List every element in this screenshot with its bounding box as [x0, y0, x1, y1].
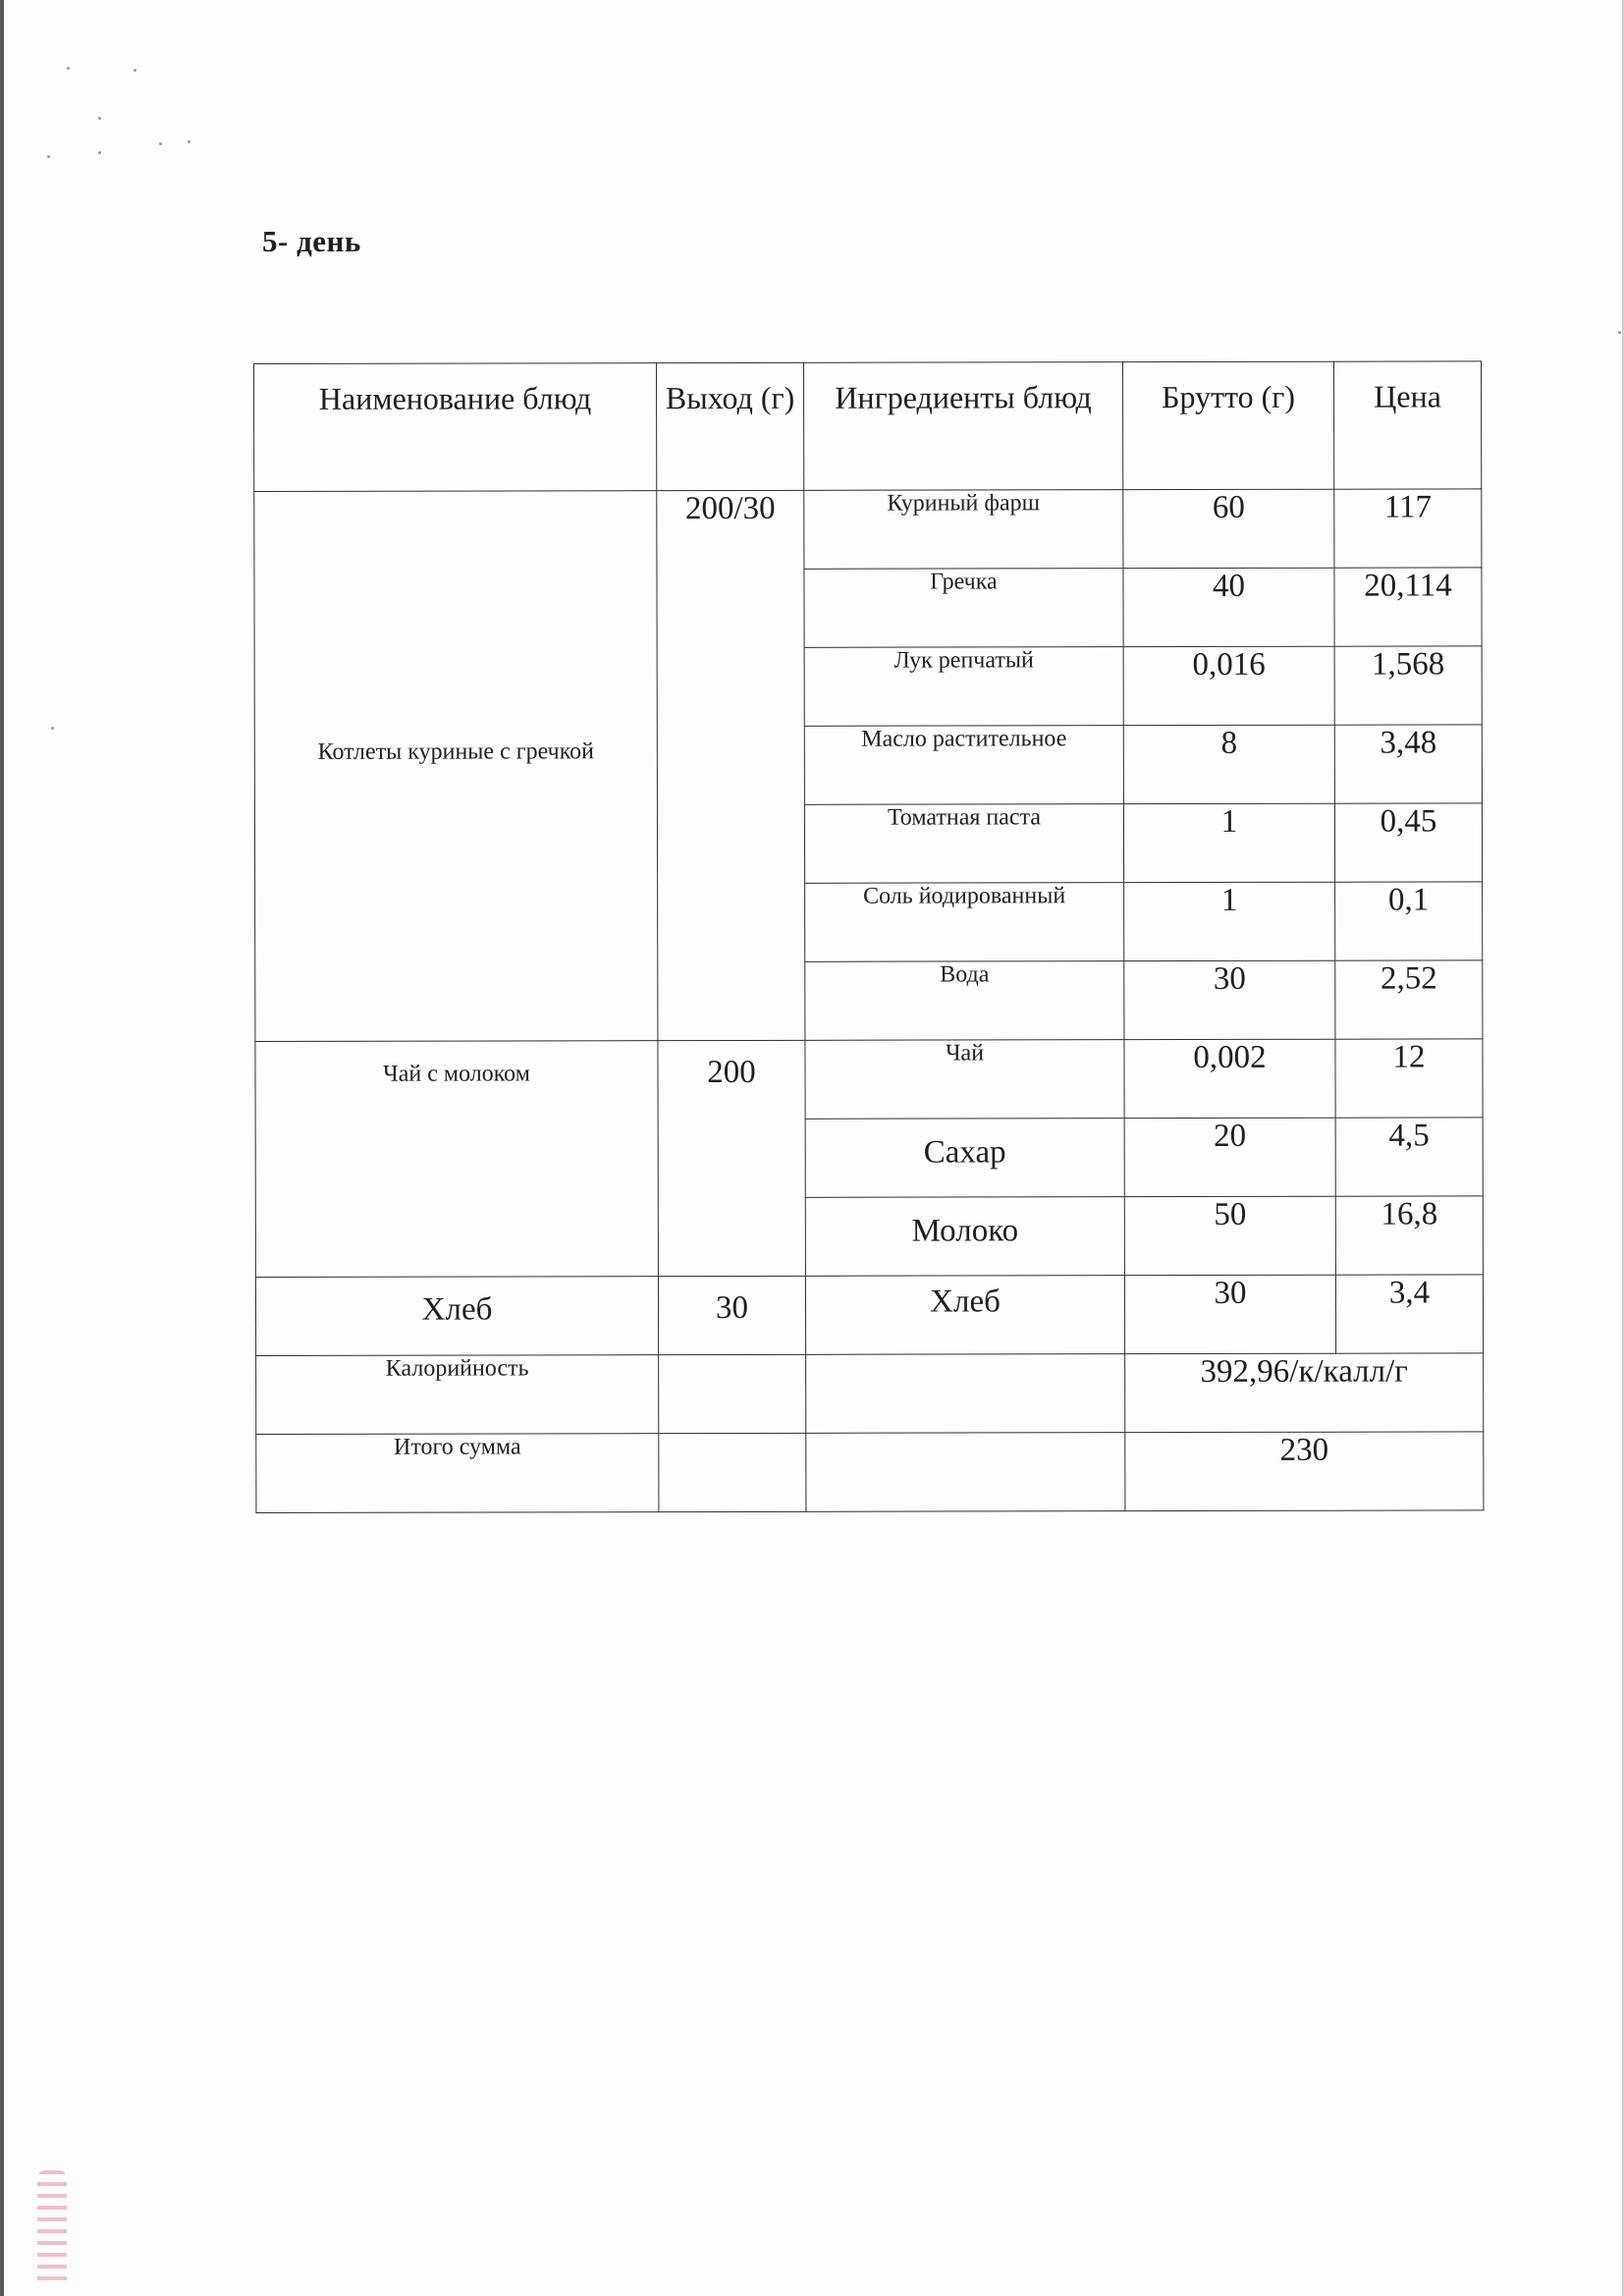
table-body: Котлеты куриные с гречкой 200/30 Куриный… — [254, 489, 1484, 1513]
dish-yield: 200 — [658, 1040, 806, 1276]
table-row: Хлеб 30 Хлеб 30 3,4 — [255, 1275, 1483, 1356]
scan-speck — [1618, 331, 1621, 334]
ingredient-name: Сахар — [805, 1119, 1124, 1198]
calories-label: Калорийность — [256, 1355, 659, 1435]
ingredient-brutto: 0,002 — [1124, 1039, 1335, 1118]
scan-edge-left — [0, 0, 4, 2296]
ingredient-name: Лук репчатый — [804, 647, 1123, 727]
scan-speck — [98, 117, 101, 120]
ingredient-name: Гречка — [804, 569, 1123, 648]
scan-speck — [67, 67, 70, 70]
ingredient-name: Куриный фарш — [804, 490, 1123, 570]
ingredient-brutto: 0,016 — [1123, 646, 1334, 725]
dish-name: Котлеты куриные с гречкой — [254, 491, 658, 1042]
calories-value: 392,96/к/калл/г — [1125, 1353, 1484, 1433]
empty-cell — [659, 1354, 806, 1433]
dish-name: Хлеб — [255, 1277, 658, 1356]
table-header-row: Наименование блюд Выход (г) Ингредиенты … — [254, 361, 1482, 492]
ingredient-price: 20,114 — [1334, 568, 1482, 646]
ingredient-price: 12 — [1335, 1039, 1483, 1118]
ingredient-name: Молоко — [805, 1197, 1124, 1277]
ingredient-brutto: 60 — [1123, 489, 1334, 568]
menu-table: Наименование блюд Выход (г) Ингредиенты … — [253, 360, 1484, 1513]
scan-speck — [98, 151, 101, 154]
ingredient-price: 4,5 — [1335, 1118, 1483, 1196]
ingredient-brutto: 30 — [1124, 960, 1335, 1039]
ingredient-name: Масло растительное — [804, 726, 1123, 805]
ingredient-price: 0,45 — [1334, 803, 1482, 882]
ingredient-price: 2,52 — [1335, 960, 1483, 1039]
ingredient-name: Вода — [805, 961, 1124, 1041]
scan-speck — [159, 142, 162, 145]
ingredient-price: 3,4 — [1335, 1275, 1483, 1353]
ingredient-price: 0,1 — [1335, 882, 1483, 960]
ingredient-name: Томатная паста — [804, 804, 1123, 884]
ingredient-brutto: 40 — [1123, 568, 1334, 646]
dish-name: Чай с молоком — [255, 1041, 659, 1278]
total-value: 230 — [1125, 1432, 1484, 1511]
ingredient-brutto: 20 — [1124, 1118, 1335, 1196]
ingredient-price: 16,8 — [1335, 1196, 1483, 1275]
header-dish-name: Наименование блюд — [254, 363, 657, 492]
ingredient-brutto: 1 — [1124, 882, 1335, 960]
total-row: Итого сумма 230 — [256, 1432, 1484, 1513]
ingredient-name: Чай — [805, 1040, 1124, 1120]
page-title: 5- день — [262, 224, 361, 259]
scan-speck — [188, 140, 190, 143]
ingredient-name: Хлеб — [805, 1276, 1124, 1355]
ingredient-name: Соль йодированный — [805, 883, 1124, 962]
header-brutto: Брутто (г) — [1122, 361, 1333, 489]
scan-speck — [47, 155, 50, 158]
ingredient-price: 117 — [1334, 489, 1482, 568]
empty-cell — [659, 1433, 806, 1511]
ingredient-price: 3,48 — [1334, 725, 1482, 803]
scan-speck — [51, 727, 54, 730]
table-row: Котлеты куриные с гречкой 200/30 Куриный… — [254, 489, 1482, 571]
ingredient-brutto: 8 — [1123, 725, 1334, 803]
ingredient-brutto: 30 — [1124, 1275, 1335, 1353]
total-label: Итого сумма — [256, 1434, 659, 1513]
table-row: Чай с молоком 200 Чай 0,002 12 — [255, 1039, 1483, 1121]
ingredient-price: 1,568 — [1334, 646, 1482, 725]
header-price: Цена — [1333, 361, 1481, 489]
ingredient-brutto: 1 — [1123, 803, 1334, 882]
scan-speck — [134, 69, 136, 72]
header-ingredients: Ингредиенты блюд — [803, 362, 1122, 491]
header-yield: Выход (г) — [657, 362, 804, 490]
empty-cell — [806, 1433, 1125, 1512]
dish-yield: 200/30 — [657, 490, 805, 1040]
empty-cell — [806, 1354, 1125, 1434]
stamp-mark — [37, 2170, 67, 2288]
ingredient-brutto: 50 — [1124, 1196, 1335, 1275]
calories-row: Калорийность 392,96/к/калл/г — [256, 1353, 1484, 1435]
dish-yield: 30 — [658, 1276, 805, 1354]
